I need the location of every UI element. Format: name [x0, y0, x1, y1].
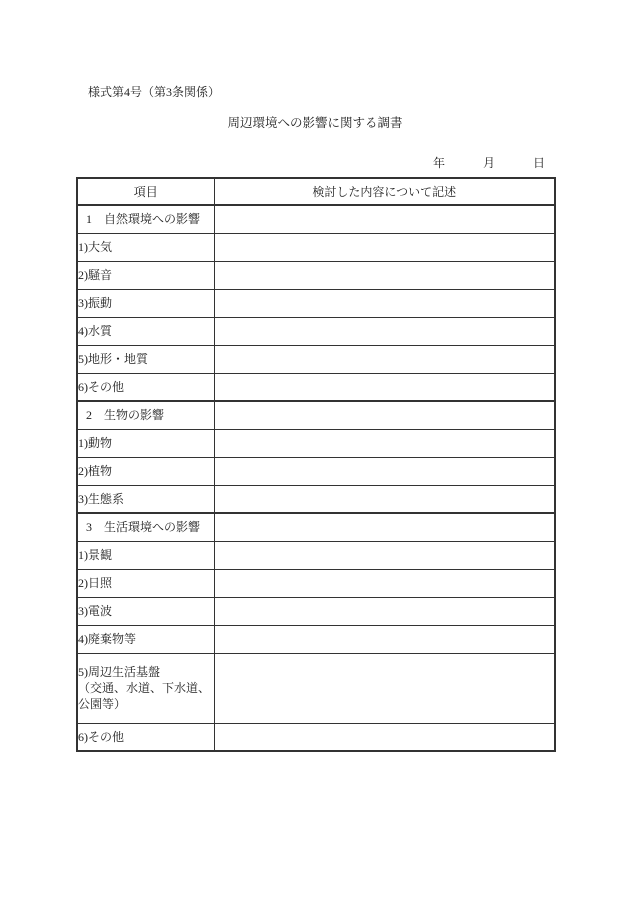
- row-label: 6)その他: [77, 373, 214, 401]
- table-row: 1)大気: [77, 233, 555, 261]
- table-row: 1)動物: [77, 429, 555, 457]
- table-row: 5)周辺生活基盤 （交通、水道、下水道、 公園等）: [77, 653, 555, 723]
- document-page: 様式第4号（第3条関係） 周辺環境への影響に関する調書 年 月 日 項目 検討し…: [0, 0, 630, 915]
- document-title: 周辺環境への影響に関する調書: [0, 116, 630, 131]
- table-row: 3)振動: [77, 289, 555, 317]
- table-row: 4)廃棄物等: [77, 625, 555, 653]
- table-header-row: 項目 検討した内容について記述: [77, 178, 555, 205]
- header-description-column: 検討した内容について記述: [214, 178, 555, 205]
- row-label: 1)大気: [77, 233, 214, 261]
- date-line: 年 月 日: [76, 156, 554, 171]
- row-entry-cell: [214, 317, 555, 345]
- row-entry-cell: [214, 569, 555, 597]
- row-label: 3)電波: [77, 597, 214, 625]
- impact-table: 項目 検討した内容について記述 1 自然環境への影響1)大気2)騒音3)振動4)…: [76, 177, 556, 752]
- row-entry-cell: [214, 625, 555, 653]
- row-label: 5)周辺生活基盤 （交通、水道、下水道、 公園等）: [77, 653, 214, 723]
- table-row: 4)水質: [77, 317, 555, 345]
- table-row: 2)植物: [77, 457, 555, 485]
- row-label: 2)植物: [77, 457, 214, 485]
- header-item-column: 項目: [77, 178, 214, 205]
- row-entry-cell: [214, 345, 555, 373]
- row-label: 2 生物の影響: [77, 401, 214, 429]
- table-row: 2)日照: [77, 569, 555, 597]
- date-month-label: 月: [483, 156, 495, 171]
- table-row: 5)地形・地質: [77, 345, 555, 373]
- row-label: 3)振動: [77, 289, 214, 317]
- table-row: 2 生物の影響: [77, 401, 555, 429]
- row-label: 5)地形・地質: [77, 345, 214, 373]
- row-entry-cell: [214, 289, 555, 317]
- row-label: 1 自然環境への影響: [77, 205, 214, 233]
- form-number: 様式第4号（第3条関係）: [88, 85, 220, 99]
- row-entry-cell: [214, 541, 555, 569]
- row-label: 3)生態系: [77, 485, 214, 513]
- table-row: 2)騒音: [77, 261, 555, 289]
- row-label: 3 生活環境への影響: [77, 513, 214, 541]
- row-entry-cell: [214, 261, 555, 289]
- row-label: 1)動物: [77, 429, 214, 457]
- table-row: 3 生活環境への影響: [77, 513, 555, 541]
- row-label: 2)日照: [77, 569, 214, 597]
- table-row: 1 自然環境への影響: [77, 205, 555, 233]
- row-entry-cell: [214, 373, 555, 401]
- row-label: 6)その他: [77, 723, 214, 751]
- row-entry-cell: [214, 233, 555, 261]
- row-entry-cell: [214, 429, 555, 457]
- row-label: 2)騒音: [77, 261, 214, 289]
- row-entry-cell: [214, 457, 555, 485]
- table-row: 6)その他: [77, 723, 555, 751]
- row-entry-cell: [214, 653, 555, 723]
- row-label: 4)水質: [77, 317, 214, 345]
- table-row: 6)その他: [77, 373, 555, 401]
- row-label: 4)廃棄物等: [77, 625, 214, 653]
- row-entry-cell: [214, 401, 555, 429]
- row-entry-cell: [214, 597, 555, 625]
- date-year-label: 年: [433, 156, 445, 171]
- table-rows: 1 自然環境への影響1)大気2)騒音3)振動4)水質5)地形・地質6)その他2 …: [77, 205, 555, 751]
- table-row: 1)景観: [77, 541, 555, 569]
- row-label: 1)景観: [77, 541, 214, 569]
- row-entry-cell: [214, 205, 555, 233]
- table-row: 3)生態系: [77, 485, 555, 513]
- row-entry-cell: [214, 513, 555, 541]
- table-row: 3)電波: [77, 597, 555, 625]
- row-entry-cell: [214, 485, 555, 513]
- row-entry-cell: [214, 723, 555, 751]
- date-day-label: 日: [533, 156, 545, 171]
